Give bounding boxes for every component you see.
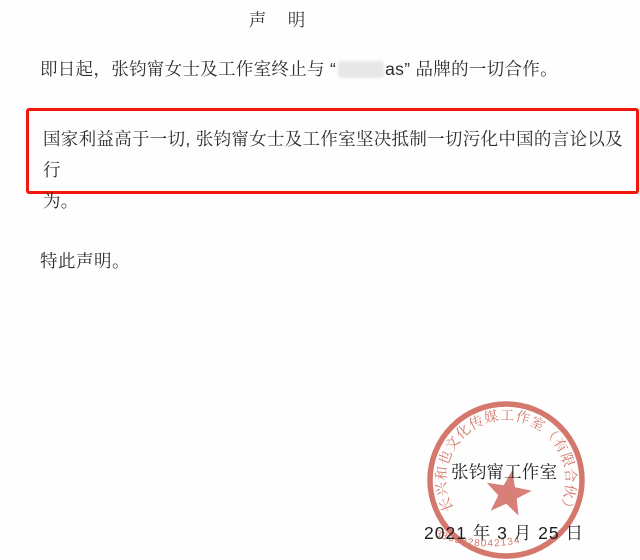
highlighted-statement-box: 国家利益高于一切, 张钧甯女士及工作室坚决抵制一切污化中国的言论以及行 为。 [26, 108, 639, 194]
brand-visible-suffix: as [385, 59, 404, 79]
highlight-line-1: 国家利益高于一切, 张钧甯女士及工作室坚决抵制一切污化中国的言论以及行 [43, 124, 636, 186]
document-title: 声 明 [0, 7, 556, 32]
signature-studio-name: 张钧甯工作室 [451, 459, 557, 484]
paragraph-termination-before: 即日起，张钧甯女士及工作室终止与 “ [40, 59, 336, 79]
highlight-line-2: 为。 [43, 186, 636, 217]
closing-statement: 特此声明。 [40, 248, 130, 273]
document-date: 2021 年 3 月 25 日 [424, 520, 584, 545]
redacted-brand-blur [338, 61, 384, 78]
paragraph-termination: 即日起，张钧甯女士及工作室终止与 “as” 品牌的一切合作。 [40, 56, 620, 81]
paragraph-termination-after: ” 品牌的一切合作。 [404, 59, 558, 79]
